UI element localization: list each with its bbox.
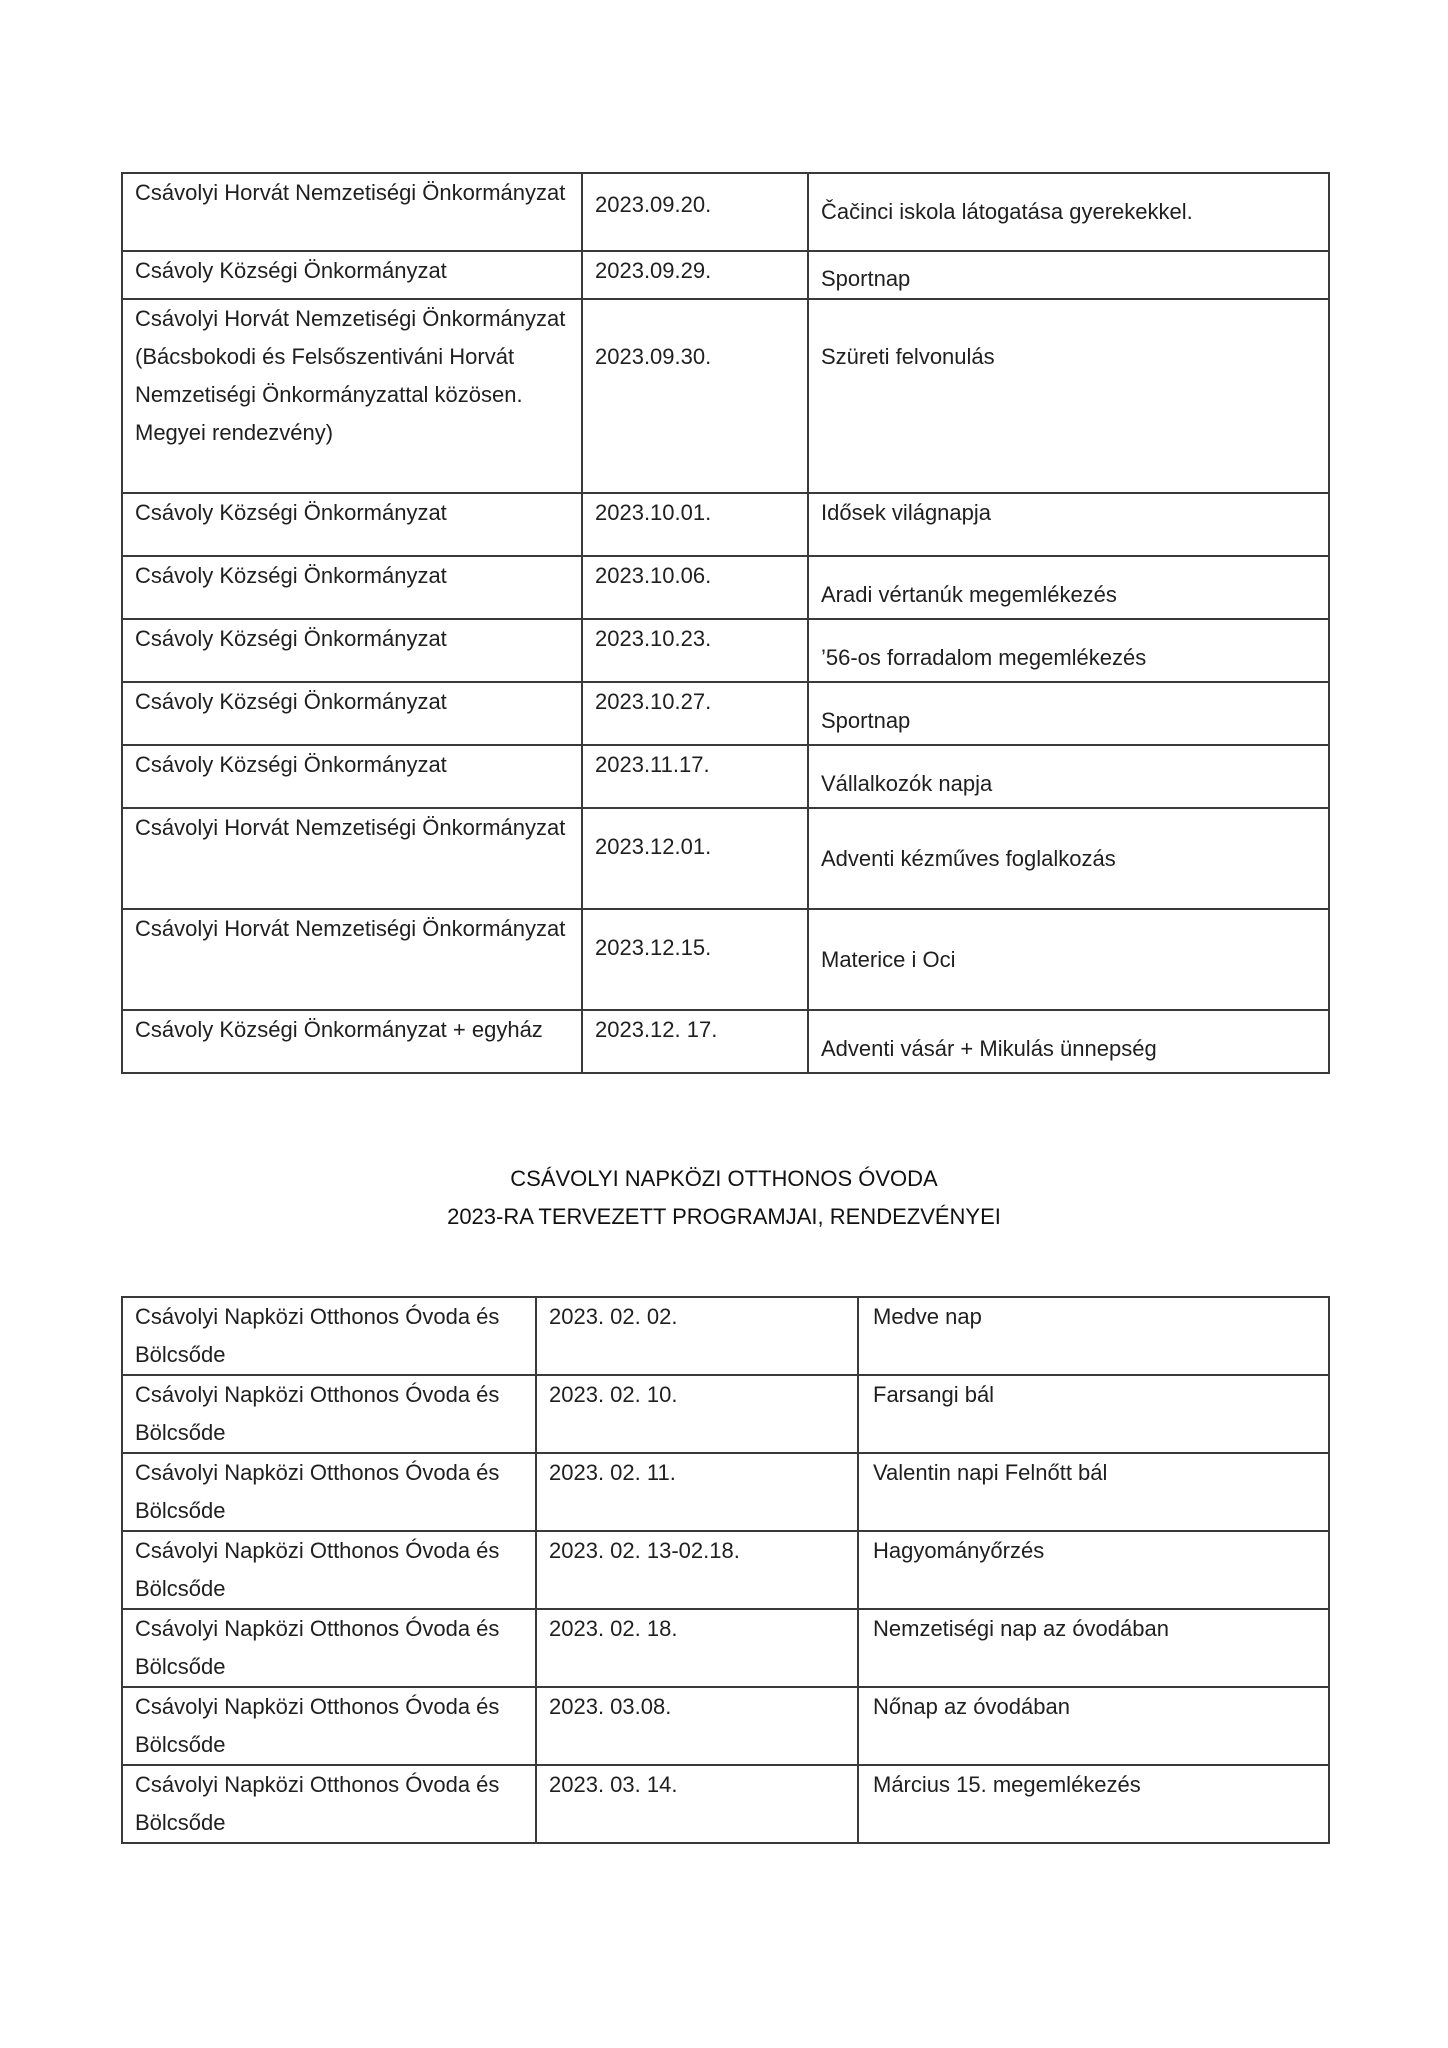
- date-cell: 2023.12.01.: [582, 808, 808, 909]
- event-cell: ’56-os forradalom megemlékezés: [808, 619, 1329, 682]
- table-row: Csávolyi Napközi Otthonos Óvoda és Bölcs…: [122, 1609, 1329, 1687]
- event-cell: Nőnap az óvodában: [858, 1687, 1329, 1765]
- document-page: Csávolyi Horvát Nemzetiségi Önkormányzat…: [0, 0, 1448, 2048]
- table-row: Csávolyi Horvát Nemzetiségi Önkormányzat…: [122, 299, 1329, 493]
- table-row: Csávolyi Horvát Nemzetiségi Önkormányzat…: [122, 909, 1329, 1010]
- organizer-cell: Csávolyi Horvát Nemzetiségi Önkormányzat: [122, 173, 582, 251]
- table-row: Csávoly Községi Önkormányzat 2023.10.23.…: [122, 619, 1329, 682]
- organizer-cell: Csávoly Községi Önkormányzat: [122, 745, 582, 808]
- event-cell: Medve nap: [858, 1297, 1329, 1375]
- kindergarten-events-table: Csávolyi Napközi Otthonos Óvoda és Bölcs…: [121, 1296, 1330, 1844]
- organizer-cell: Csávolyi Horvát Nemzetiségi Önkormányzat…: [122, 299, 582, 493]
- municipal-events-table: Csávolyi Horvát Nemzetiségi Önkormányzat…: [121, 172, 1330, 1074]
- organizer-cell: Csávoly Községi Önkormányzat: [122, 556, 582, 619]
- event-cell: Március 15. megemlékezés: [858, 1765, 1329, 1843]
- event-cell: Farsangi bál: [858, 1375, 1329, 1453]
- date-cell: 2023.10.23.: [582, 619, 808, 682]
- organizer-cell: Csávoly Községi Önkormányzat + egyház: [122, 1010, 582, 1073]
- event-cell: Valentin napi Felnőtt bál: [858, 1453, 1329, 1531]
- organizer-cell: Csávolyi Napközi Otthonos Óvoda és Bölcs…: [122, 1765, 536, 1843]
- table-row: Csávolyi Napközi Otthonos Óvoda és Bölcs…: [122, 1531, 1329, 1609]
- date-cell: 2023. 03. 14.: [536, 1765, 858, 1843]
- organizer-cell: Csávolyi Horvát Nemzetiségi Önkormányzat: [122, 909, 582, 1010]
- event-cell: Vállalkozók napja: [808, 745, 1329, 808]
- table-row: Csávoly Községi Önkormányzat 2023.10.01.…: [122, 493, 1329, 556]
- organizer-cell: Csávoly Községi Önkormányzat: [122, 251, 582, 299]
- date-cell: 2023. 03.08.: [536, 1687, 858, 1765]
- table-row: Csávolyi Napközi Otthonos Óvoda és Bölcs…: [122, 1297, 1329, 1375]
- event-cell: Adventi kézműves foglalkozás: [808, 808, 1329, 909]
- organizer-cell: Csávoly Községi Önkormányzat: [122, 682, 582, 745]
- date-cell: 2023.12.15.: [582, 909, 808, 1010]
- section-heading: CSÁVOLYI NAPKÖZI OTTHONOS ÓVODA 2023-RA …: [0, 1160, 1448, 1236]
- organizer-cell: Csávolyi Napközi Otthonos Óvoda és Bölcs…: [122, 1297, 536, 1375]
- event-cell: Hagyományőrzés: [858, 1531, 1329, 1609]
- date-cell: 2023.10.06.: [582, 556, 808, 619]
- event-cell: Aradi vértanúk megemlékezés: [808, 556, 1329, 619]
- event-cell: Materice i Oci: [808, 909, 1329, 1010]
- event-cell: Nemzetiségi nap az óvodában: [858, 1609, 1329, 1687]
- event-cell: Szüreti felvonulás: [808, 299, 1329, 493]
- table-row: Csávolyi Napközi Otthonos Óvoda és Bölcs…: [122, 1375, 1329, 1453]
- heading-line-1: CSÁVOLYI NAPKÖZI OTTHONOS ÓVODA: [0, 1160, 1448, 1198]
- table-row: Csávolyi Horvát Nemzetiségi Önkormányzat…: [122, 173, 1329, 251]
- table-row: Csávolyi Napközi Otthonos Óvoda és Bölcs…: [122, 1765, 1329, 1843]
- organizer-cell: Csávolyi Napközi Otthonos Óvoda és Bölcs…: [122, 1687, 536, 1765]
- date-cell: 2023.09.30.: [582, 299, 808, 493]
- table-row: Csávoly Községi Önkormányzat 2023.10.27.…: [122, 682, 1329, 745]
- table-row: Csávoly Községi Önkormányzat 2023.11.17.…: [122, 745, 1329, 808]
- date-cell: 2023. 02. 11.: [536, 1453, 858, 1531]
- table-row: Csávolyi Napközi Otthonos Óvoda és Bölcs…: [122, 1453, 1329, 1531]
- organizer-cell: Csávolyi Horvát Nemzetiségi Önkormányzat: [122, 808, 582, 909]
- event-cell: Sportnap: [808, 682, 1329, 745]
- date-cell: 2023.09.29.: [582, 251, 808, 299]
- date-cell: 2023. 02. 02.: [536, 1297, 858, 1375]
- table-row: Csávoly Községi Önkormányzat + egyház 20…: [122, 1010, 1329, 1073]
- event-cell: Sportnap: [808, 251, 1329, 299]
- organizer-cell: Csávolyi Napközi Otthonos Óvoda és Bölcs…: [122, 1609, 536, 1687]
- date-cell: 2023.12. 17.: [582, 1010, 808, 1073]
- date-cell: 2023. 02. 10.: [536, 1375, 858, 1453]
- date-cell: 2023.10.27.: [582, 682, 808, 745]
- date-cell: 2023. 02. 18.: [536, 1609, 858, 1687]
- table-row: Csávoly Községi Önkormányzat 2023.09.29.…: [122, 251, 1329, 299]
- date-cell: 2023.10.01.: [582, 493, 808, 556]
- date-cell: 2023. 02. 13-02.18.: [536, 1531, 858, 1609]
- organizer-cell: Csávolyi Napközi Otthonos Óvoda és Bölcs…: [122, 1375, 536, 1453]
- organizer-cell: Csávoly Községi Önkormányzat: [122, 619, 582, 682]
- organizer-cell: Csávolyi Napközi Otthonos Óvoda és Bölcs…: [122, 1531, 536, 1609]
- table-row: Csávolyi Horvát Nemzetiségi Önkormányzat…: [122, 808, 1329, 909]
- event-cell: Idősek világnapja: [808, 493, 1329, 556]
- date-cell: 2023.11.17.: [582, 745, 808, 808]
- organizer-cell: Csávolyi Napközi Otthonos Óvoda és Bölcs…: [122, 1453, 536, 1531]
- event-cell: Adventi vásár + Mikulás ünnepség: [808, 1010, 1329, 1073]
- table-row: Csávolyi Napközi Otthonos Óvoda és Bölcs…: [122, 1687, 1329, 1765]
- event-cell: Čačinci iskola látogatása gyerekekkel.: [808, 173, 1329, 251]
- table-row: Csávoly Községi Önkormányzat 2023.10.06.…: [122, 556, 1329, 619]
- heading-line-2: 2023-RA TERVEZETT PROGRAMJAI, RENDEZVÉNY…: [0, 1198, 1448, 1236]
- organizer-cell: Csávoly Községi Önkormányzat: [122, 493, 582, 556]
- date-cell: 2023.09.20.: [582, 173, 808, 251]
